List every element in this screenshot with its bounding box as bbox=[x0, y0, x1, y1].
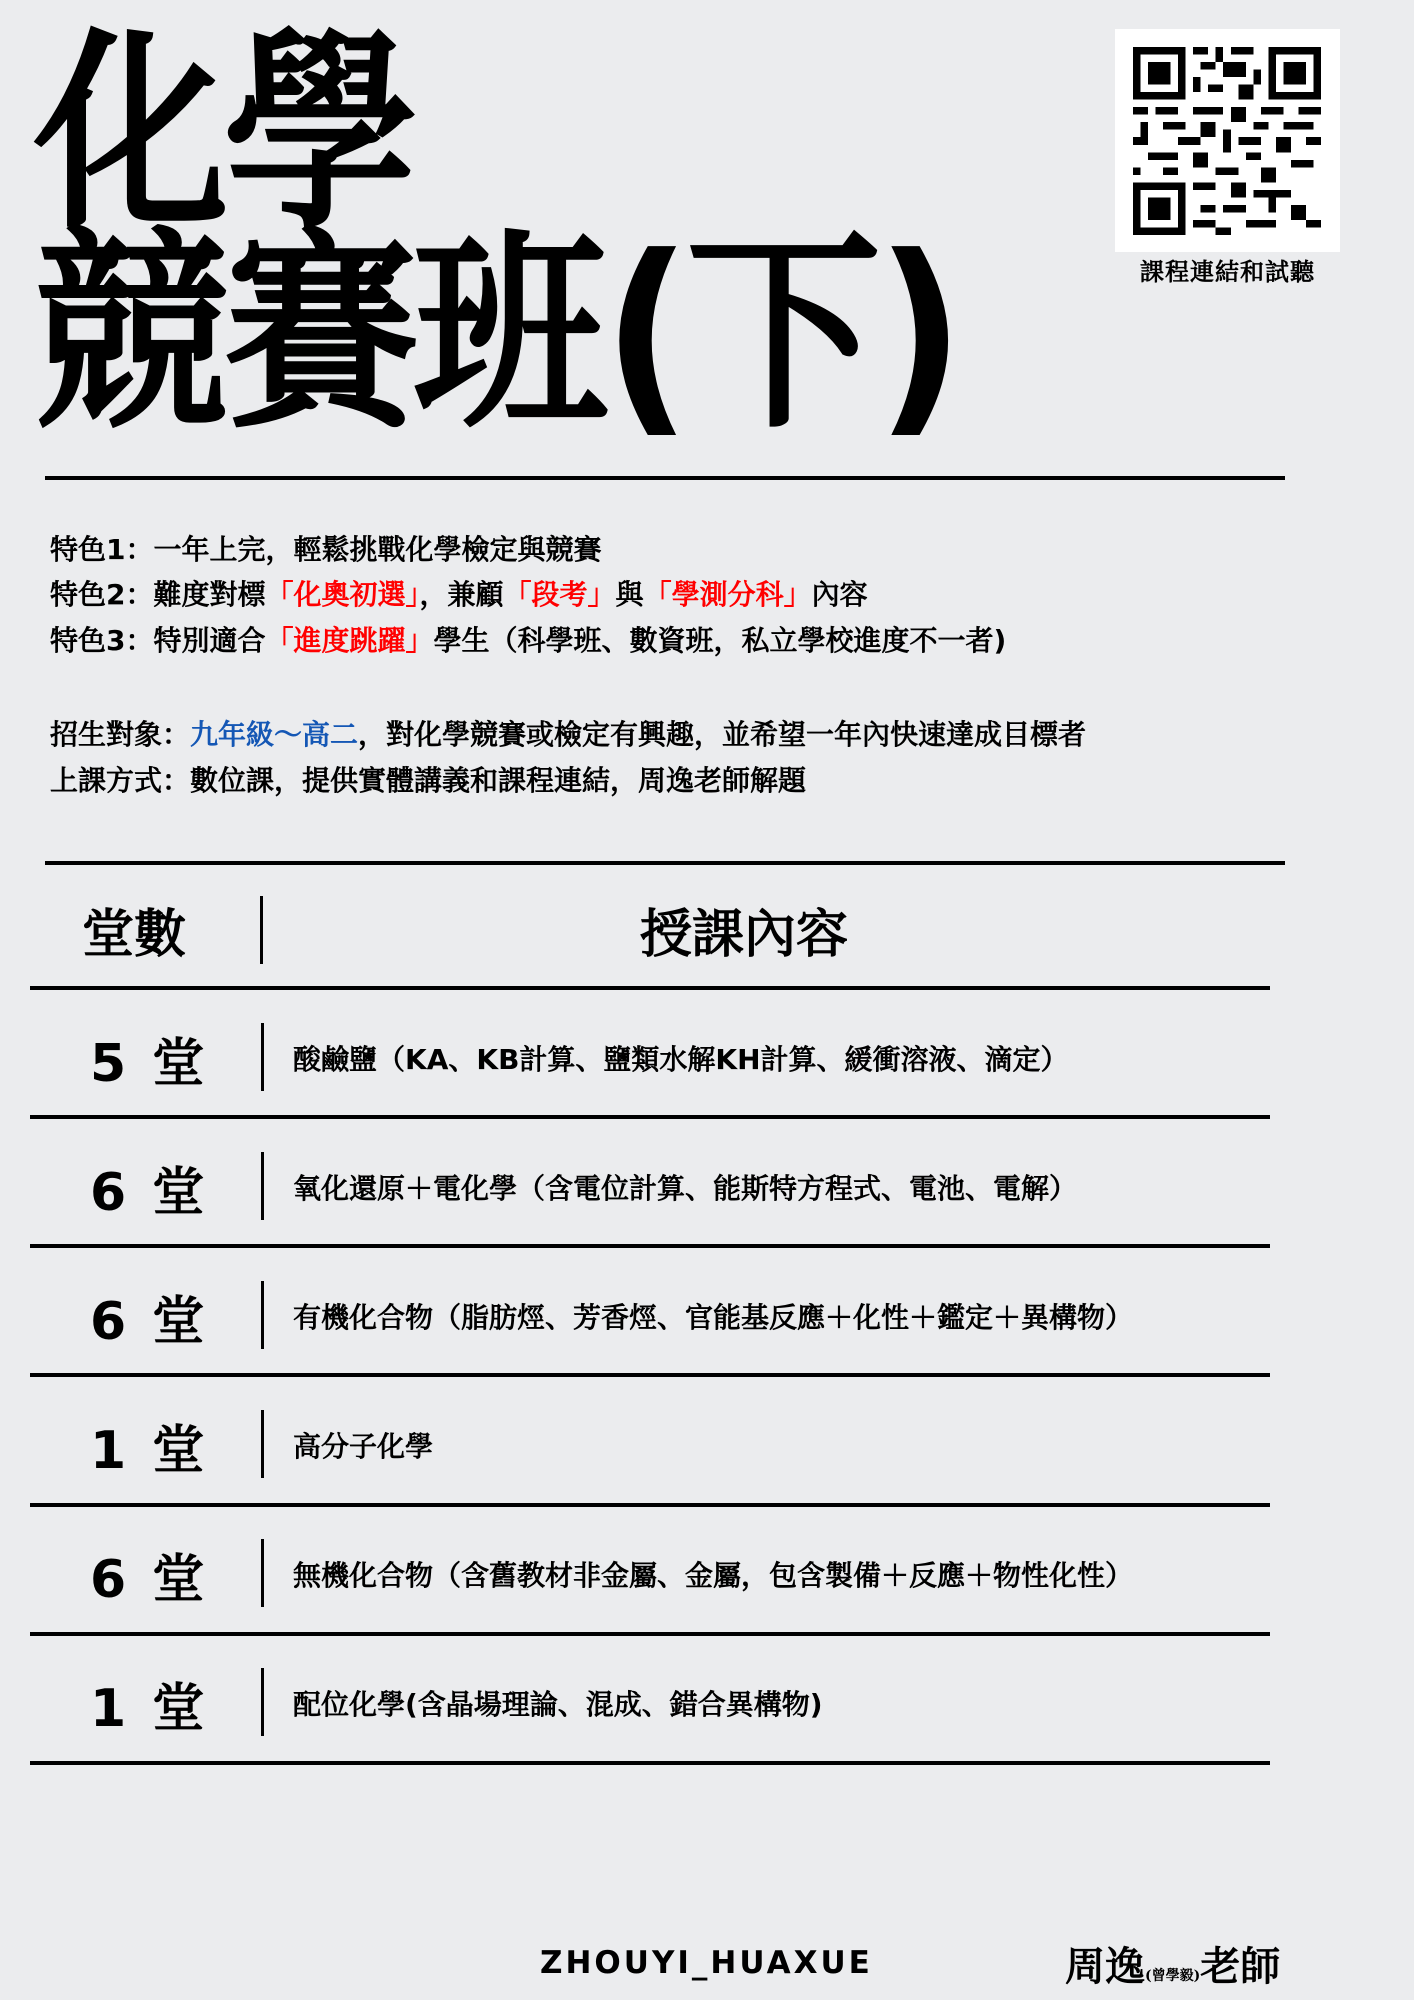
row-count: 6 堂 bbox=[90, 1279, 210, 1354]
teacher-note: (曾學毅) bbox=[1145, 1968, 1200, 1984]
highlight-text: 「進度跳躍」 bbox=[266, 624, 434, 657]
row-count: 6 堂 bbox=[90, 1537, 210, 1612]
target-audience: 招生對象：九年級～高二，對化學競賽或檢定有興趣，並希望一年內快速達成目標者 bbox=[50, 718, 1086, 752]
feature-label: 特色2： bbox=[50, 578, 153, 611]
row-count: 5 堂 bbox=[90, 1021, 210, 1096]
method-text: 數位課，提供實體講義和課程連結，周逸老師解題 bbox=[190, 764, 806, 797]
feature-text: 一年上完，輕鬆挑戰化學檢定與競賽 bbox=[153, 533, 601, 566]
highlight-text: 「化奧初選」 bbox=[266, 578, 420, 611]
row-border bbox=[30, 1632, 1270, 1636]
feature-text: 特別適合 bbox=[153, 624, 265, 657]
feature-2: 特色2：難度對標「化奧初選」，兼顧「段考」與「學測分科」內容 bbox=[50, 578, 868, 612]
feature-label: 特色3： bbox=[50, 624, 153, 657]
title-line-2: 競賽班(下) bbox=[34, 228, 959, 440]
qr-code[interactable] bbox=[1115, 29, 1340, 252]
row-content: 酸鹼鹽（KA、KB計算、鹽類水解KH計算、緩衝溶液、滴定） bbox=[293, 1038, 1069, 1078]
feature-3: 特色3：特別適合「進度跳躍」學生（科學班、數資班，私立學校進度不一者) bbox=[50, 624, 1006, 658]
row-border bbox=[30, 1244, 1270, 1248]
header-count: 堂數 bbox=[82, 892, 186, 967]
class-method: 上課方式：數位課，提供實體講義和課程連結，周逸老師解題 bbox=[50, 764, 806, 798]
row-divider bbox=[261, 1023, 264, 1091]
feature-text: ，兼顧 bbox=[420, 578, 504, 611]
teacher-title: 老師 bbox=[1200, 1943, 1280, 1990]
row-divider bbox=[261, 1152, 264, 1220]
row-content: 配位化學(含晶場理論、混成、錯合異構物) bbox=[293, 1683, 823, 1723]
row-border bbox=[30, 1373, 1270, 1377]
feature-text: 學生（科學班、數資班，私立學校進度不一者) bbox=[434, 624, 1007, 657]
qr-code-icon bbox=[1133, 47, 1321, 235]
table-top-border bbox=[45, 861, 1285, 865]
row-divider bbox=[261, 1281, 264, 1349]
method-label: 上課方式： bbox=[50, 764, 190, 797]
feature-text: 內容 bbox=[812, 578, 868, 611]
row-content: 有機化合物（脂肪烴、芳香烴、官能基反應＋化性＋鑑定＋異構物） bbox=[293, 1296, 1133, 1336]
header-bottom-border bbox=[30, 986, 1270, 990]
highlight-text: 「段考」 bbox=[504, 578, 616, 611]
row-count: 1 堂 bbox=[90, 1666, 210, 1741]
title-line-1: 化學 bbox=[34, 28, 413, 240]
target-text: ，對化學競賽或檢定有興趣，並希望一年內快速達成目標者 bbox=[358, 718, 1086, 751]
row-content: 無機化合物（含舊教材非金屬、金屬，包含製備＋反應＋物性化性） bbox=[293, 1554, 1133, 1594]
row-divider bbox=[261, 1668, 264, 1736]
feature-label: 特色1： bbox=[50, 533, 153, 566]
title-divider bbox=[45, 476, 1285, 480]
row-content: 氧化還原＋電化學（含電位計算、能斯特方程式、電池、電解） bbox=[293, 1167, 1077, 1207]
row-count: 6 堂 bbox=[90, 1150, 210, 1225]
row-divider bbox=[261, 1410, 264, 1478]
account-handle: ZHOUYI_HUAXUE bbox=[540, 1945, 873, 1981]
header-divider bbox=[260, 896, 263, 964]
highlight-text: 「學測分科」 bbox=[644, 578, 812, 611]
teacher-signature: 周逸(曾學毅)老師 bbox=[1065, 1935, 1280, 1992]
header-content: 授課內容 bbox=[640, 892, 848, 967]
row-border bbox=[30, 1115, 1270, 1119]
target-highlight: 九年級～高二 bbox=[190, 718, 358, 751]
row-border bbox=[30, 1761, 1270, 1765]
feature-text: 難度對標 bbox=[153, 578, 265, 611]
feature-1: 特色1：一年上完，輕鬆挑戰化學檢定與競賽 bbox=[50, 533, 602, 567]
feature-text: 與 bbox=[616, 578, 644, 611]
row-divider bbox=[261, 1539, 264, 1607]
row-count: 1 堂 bbox=[90, 1408, 210, 1483]
teacher-name: 周逸 bbox=[1065, 1943, 1145, 1990]
row-border bbox=[30, 1503, 1270, 1507]
target-label: 招生對象： bbox=[50, 718, 190, 751]
qr-caption: 課程連結和試聽 bbox=[1115, 252, 1340, 287]
row-content: 高分子化學 bbox=[293, 1425, 433, 1465]
